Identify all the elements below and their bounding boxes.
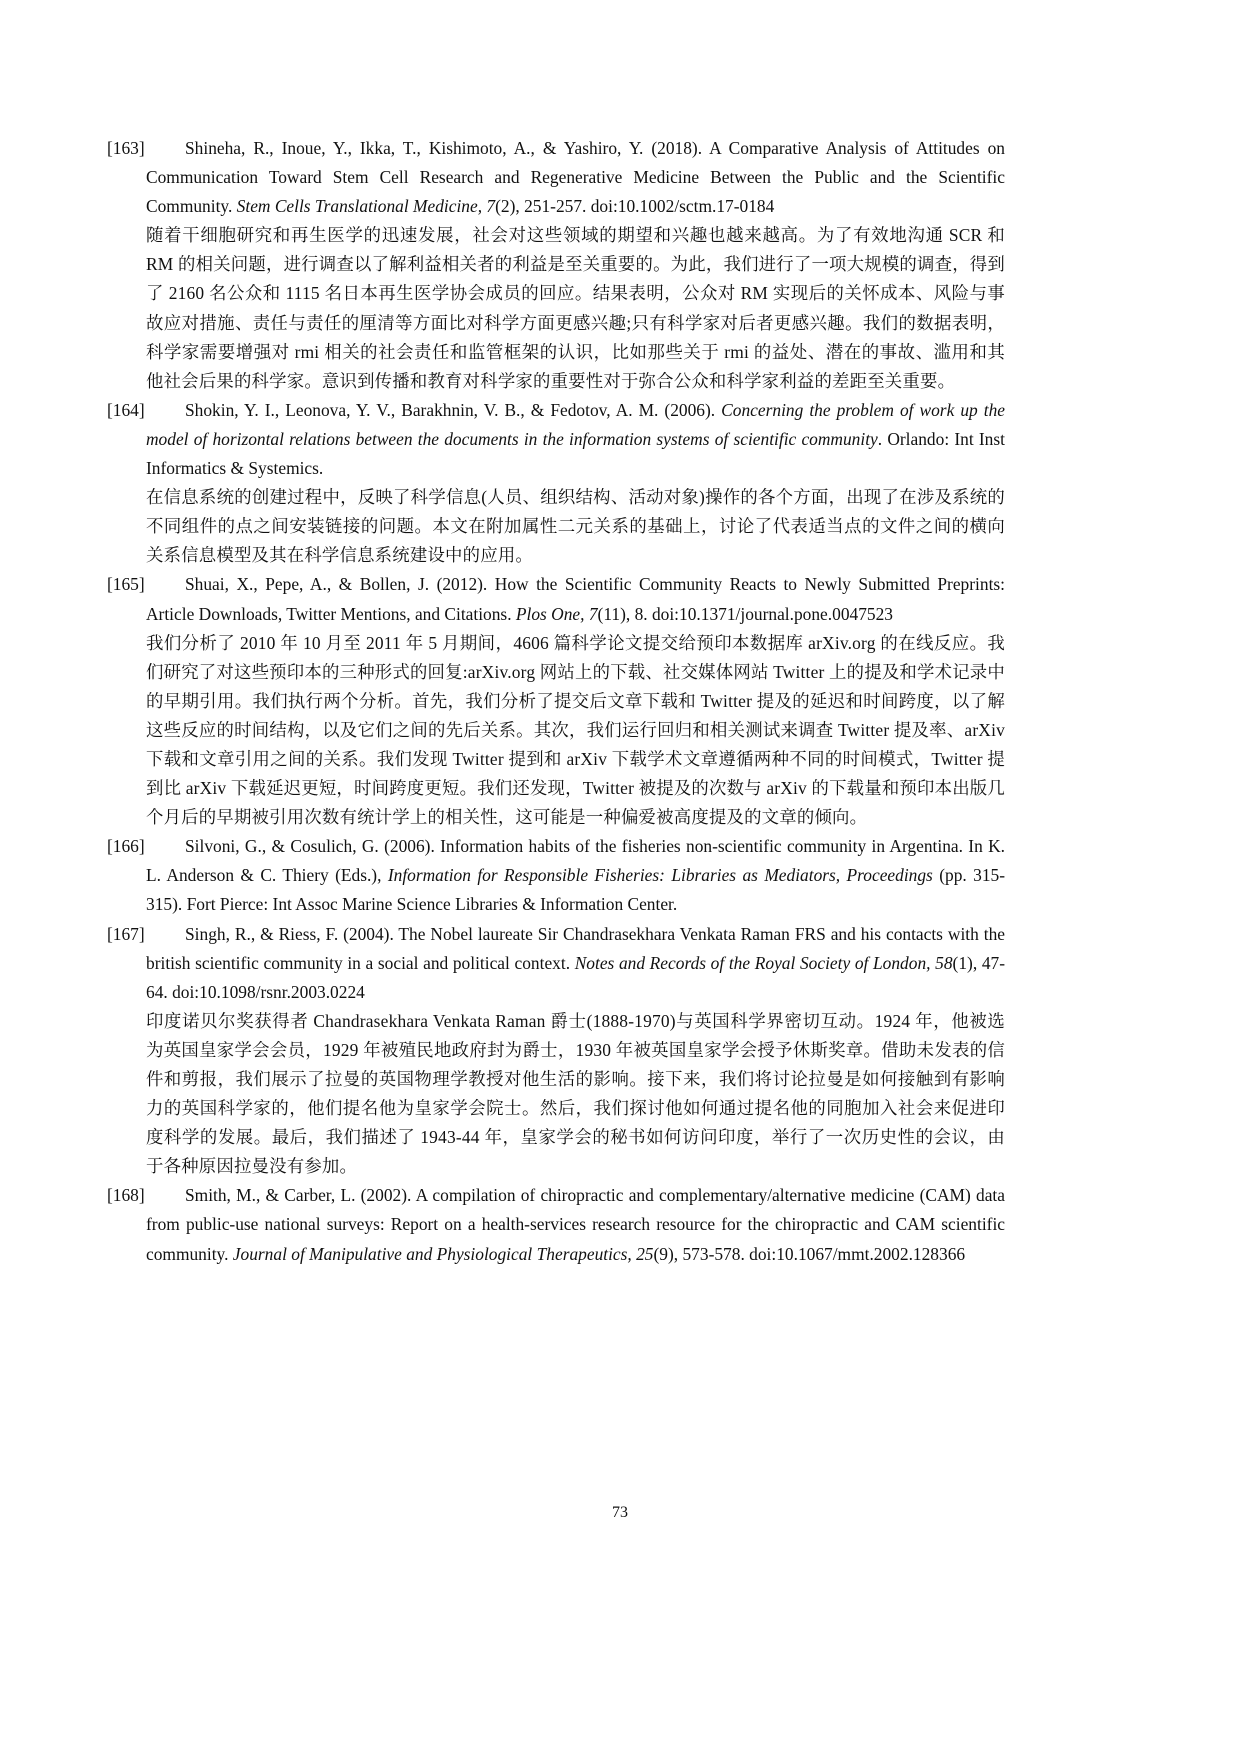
- reference-citation: Singh, R., & Riess, F. (2004). The Nobel…: [146, 920, 1005, 1007]
- reference-number: [164]: [107, 396, 145, 425]
- reference-citation: Shuai, X., Pepe, A., & Bollen, J. (2012)…: [146, 570, 1005, 628]
- reference-entry-167: [167] Singh, R., & Riess, F. (2004). The…: [107, 920, 1005, 1182]
- reference-abstract: 印度诺贝尔奖获得者 Chandrasekhara Venkata Raman 爵…: [146, 1007, 1005, 1182]
- reference-citation: Smith, M., & Carber, L. (2002). A compil…: [146, 1181, 1005, 1268]
- journal-title: Plos One, 7: [516, 604, 598, 624]
- reference-citation: Silvoni, G., & Cosulich, G. (2006). Info…: [146, 832, 1005, 919]
- reference-abstract: 在信息系统的创建过程中，反映了科学信息(人员、组织结构、活动对象)操作的各个方面…: [146, 483, 1005, 570]
- reference-number: [166]: [107, 832, 145, 861]
- journal-title: Notes and Records of the Royal Society o…: [575, 953, 953, 973]
- reference-entry-164: [164] Shokin, Y. I., Leonova, Y. V., Bar…: [107, 396, 1005, 571]
- reference-citation: Shokin, Y. I., Leonova, Y. V., Barakhnin…: [146, 396, 1005, 483]
- reference-number: [168]: [107, 1181, 145, 1210]
- reference-abstract: 我们分析了 2010 年 10 月至 2011 年 5 月期间，4606 篇科学…: [146, 629, 1005, 833]
- reference-list: [163] Shineha, R., Inoue, Y., Ikka, T., …: [107, 134, 1005, 1269]
- reference-entry-166: [166] Silvoni, G., & Cosulich, G. (2006)…: [107, 832, 1005, 919]
- journal-title: Journal of Manipulative and Physiologica…: [233, 1244, 654, 1264]
- reference-number: [167]: [107, 920, 145, 949]
- proceedings-title: Information for Responsible Fisheries: L…: [388, 865, 933, 885]
- page-number: 73: [0, 1504, 1240, 1522]
- reference-entry-165: [165] Shuai, X., Pepe, A., & Bollen, J. …: [107, 570, 1005, 832]
- reference-number: [163]: [107, 134, 145, 163]
- reference-citation: Shineha, R., Inoue, Y., Ikka, T., Kishim…: [146, 134, 1005, 221]
- reference-entry-168: [168] Smith, M., & Carber, L. (2002). A …: [107, 1181, 1005, 1268]
- journal-title: Stem Cells Translational Medicine, 7: [237, 196, 495, 216]
- document-page: [163] Shineha, R., Inoue, Y., Ikka, T., …: [0, 0, 1240, 1753]
- reference-abstract: 随着干细胞研究和再生医学的迅速发展，社会对这些领域的期望和兴趣也越来越高。为了有…: [146, 221, 1005, 396]
- reference-entry-163: [163] Shineha, R., Inoue, Y., Ikka, T., …: [107, 134, 1005, 396]
- reference-number: [165]: [107, 570, 145, 599]
